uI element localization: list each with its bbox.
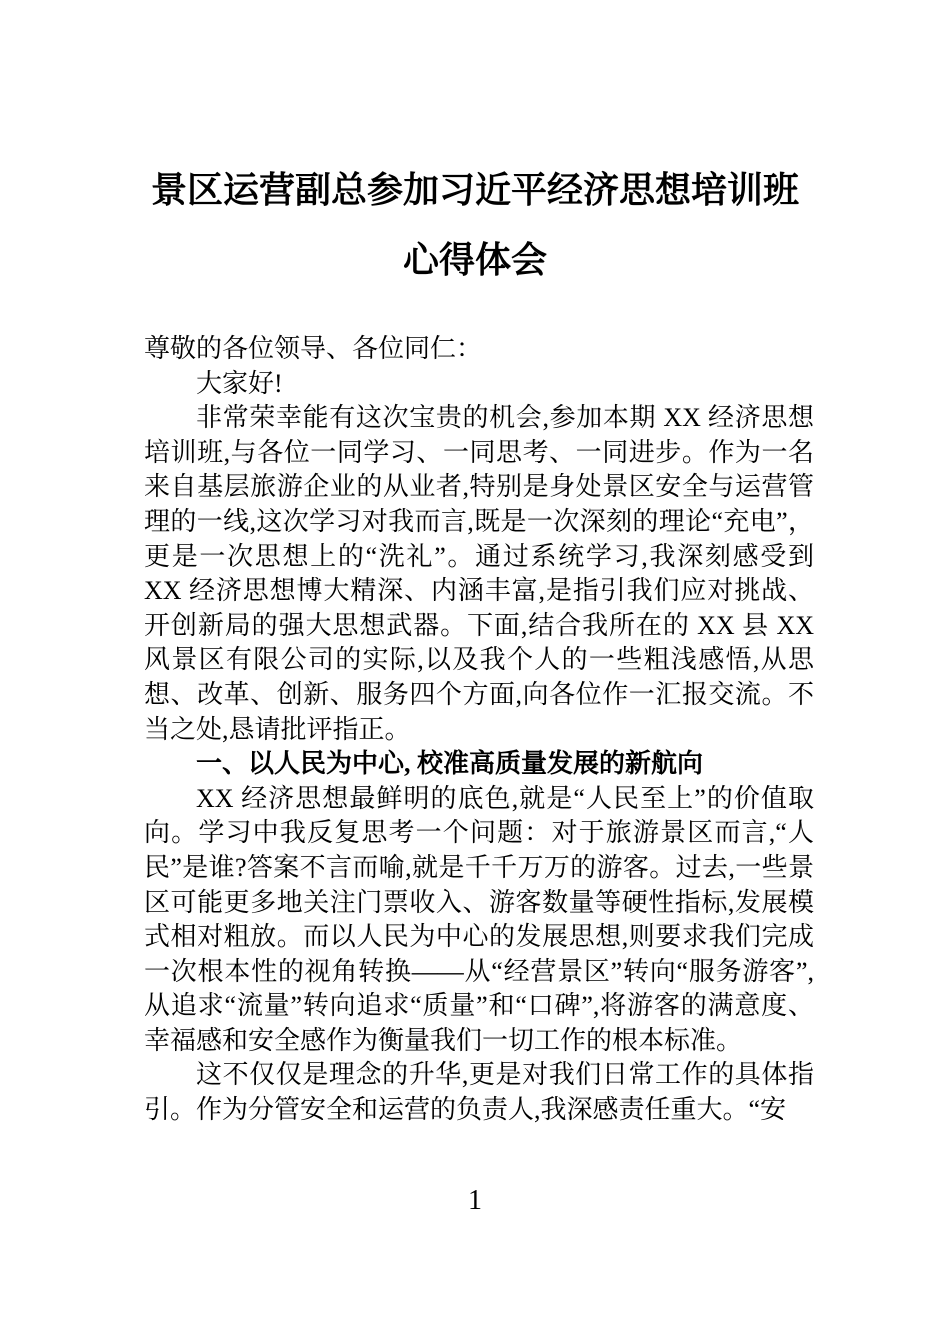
document-title-line-1: 景区运营副总参加习近平经济思想培训班 <box>0 156 950 226</box>
page-number: 1 <box>0 1184 950 1218</box>
section-1-paragraph-2: 这不仅仅是理念的升华,更是对我们日常工作的具体指引。作为分管安全和运营的负责人,… <box>144 1058 814 1127</box>
salutation: 尊敬的各位领导、各位同仁： <box>144 332 814 367</box>
section-1-heading: 一、以人民为中心, 校准高质量发展的新航向 <box>144 747 814 782</box>
intro-paragraph: 非常荣幸能有这次宝贵的机会,参加本期 XX 经济思想培训班,与各位一同学习、一同… <box>144 401 814 747</box>
document-body: 尊敬的各位领导、各位同仁： 大家好! 非常荣幸能有这次宝贵的机会,参加本期 XX… <box>144 332 814 1188</box>
document-page: 景区运营副总参加习近平经济思想培训班 心得体会 尊敬的各位领导、各位同仁： 大家… <box>0 0 950 1344</box>
document-title: 景区运营副总参加习近平经济思想培训班 心得体会 <box>0 156 950 296</box>
section-1-paragraph-1: XX 经济思想最鲜明的底色,就是“人民至上”的价值取向。学习中我反复思考一个问题… <box>144 782 814 1059</box>
document-title-line-2: 心得体会 <box>0 226 950 296</box>
greeting-paragraph: 大家好! <box>144 367 814 402</box>
